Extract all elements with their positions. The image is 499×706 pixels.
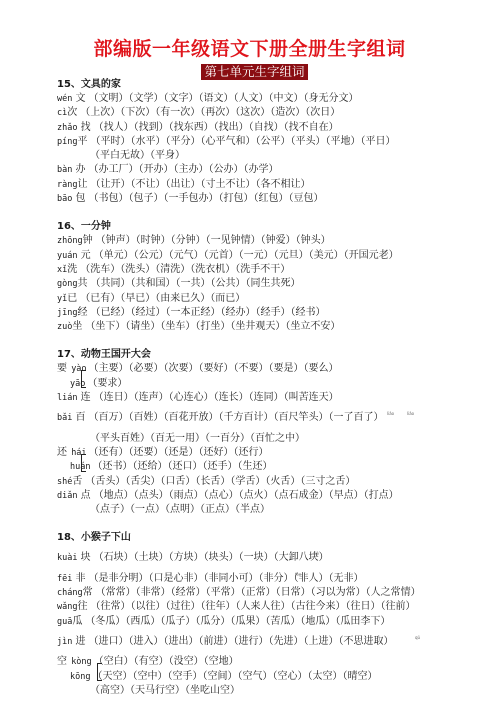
word-row: yǐ已（已有）（早已）（由来已久）（而已）	[57, 292, 497, 306]
word-list: （文明）（文学）（文字）（语文）（人文）（中文）（身无分文）	[89, 93, 359, 104]
ruby-annotation: xiè	[313, 547, 319, 561]
ruby-annotation: liǎo	[407, 407, 414, 421]
word-list: （地点）（点头）（雨点）（点心）（点火）（点石成金）（早点）（打点）	[94, 490, 399, 501]
word-list: （平白无故）（平身）	[90, 150, 185, 161]
word-row: bǎi 百（百万）（百姓）（百花开放）（千方百计）（百尺竿头）（一了百了） li…	[57, 411, 497, 425]
pinyin: bāo	[57, 194, 72, 204]
word-row: gòng共（共同）（共和国）（一共）（公共）（同生共死）	[57, 277, 497, 291]
word-row: xǐ洗（洗车）（洗头）（清洗）（洗衣机）（洗手不干）	[57, 263, 497, 277]
character: 找	[81, 122, 91, 133]
word-list: （点子）（一点）（点明）（正点）（半点）	[90, 504, 270, 515]
word-row: bàn 办（办工厂）（开办）（主办）（公办）（办学）	[57, 163, 497, 177]
pinyin: jìn	[57, 637, 72, 647]
word-list: （上次）（下次）（有一次）（再次）（这次）（造次）（次日）	[80, 107, 340, 118]
pinyin: kōng	[70, 672, 90, 682]
pinyin: xǐ	[57, 265, 67, 275]
character: 连	[81, 392, 91, 403]
word-list: （高空）（天马行空）（坐吃山空）	[90, 685, 240, 696]
pinyin: zhǎo	[57, 123, 77, 133]
word-row: píng平（平时）（水平）（平分）（心平气和）（公平）（平头）（平地）（平日）	[57, 135, 497, 149]
pinyin: cì	[57, 108, 67, 118]
word-row: zhōng钟（钟声）（时钟）（分钟）（一见钟情）（钟爱）（钟头）	[57, 234, 497, 248]
pinyin: cháng	[57, 588, 83, 598]
word-list: （往常）（以往）（过往）（往年）（人来人往）（古往今来）（往日）（往前）	[90, 601, 415, 612]
character: 百	[76, 412, 86, 423]
section-heading: 17、动物王国开大会	[57, 348, 497, 362]
character: 共	[77, 278, 87, 289]
word-row: diǎn 点（地点）（点头）（雨点）（点心）（点火）（点石成金）（早点）（打点）	[57, 489, 497, 503]
word-row-polyphone-alt: huán（还书）（还给）（还口）（还手）（生还）	[57, 460, 497, 474]
character: 文	[76, 93, 86, 104]
vocab-content: 15、文具的家 wén 文（文明）（文学）（文字）（语文）（人文）（中文）（身无…	[57, 78, 497, 698]
word-list: （天空）（空中）（空手）（空间）（空气）（空心）（太空）（晴空）	[92, 671, 377, 682]
ruby-annotation: qǔ	[415, 631, 420, 645]
word-row: jìn 进（进口）（进入）（进出）（前进）（进行）（先进）（上进）（不思进取） …	[57, 635, 497, 649]
section-heading: 15、文具的家	[57, 78, 497, 92]
word-row: bāo 包（书包）（包子）（一手包办）（打包）（红包）（豆包）	[57, 192, 497, 206]
pinyin: píng	[57, 137, 77, 147]
ruby-annotation: liǎo	[387, 407, 394, 421]
pinyin: wǎng	[57, 602, 77, 612]
word-row: ràng让（让开）（不让）（出让）（寸土不让）（各不相让）	[57, 178, 497, 192]
pinyin: kòng	[71, 657, 91, 667]
word-row-polyphone-alt: kōng（天空）（空中）（空手）（空间）（空气）（空心）（太空）（晴空）	[57, 670, 497, 684]
word-row-continued: （平头百姓）（百无一用）（一百分）（百忙之中）	[57, 432, 497, 446]
word-list: （办工厂）（开办）（主办）（公办）（办学）	[89, 164, 279, 175]
word-list: （连日）（连声）（心连心）（连长）（连同）（叫苦连天）	[94, 392, 339, 403]
word-list: （还书）（还给）（还口）（还手）（生还）	[92, 461, 272, 472]
word-list: （坐下）（请坐）（坐车）（打坐）（坐井观天）（坐立不安）	[85, 321, 340, 332]
pinyin: zhōng	[57, 236, 83, 246]
word-row-continued: （点子）（一点）（点明）（正点）（半点）	[57, 503, 497, 517]
word-row: yuán 元（单元）（公元）（元气）（元首）（一元）（元旦）（美元）（开国元老）	[57, 249, 497, 263]
pinyin: fēi	[57, 574, 72, 584]
pinyin: zuò	[57, 322, 72, 332]
character: 坐	[72, 321, 82, 332]
character: 常	[83, 587, 93, 598]
character: 元	[81, 250, 91, 261]
page-title: 部编版一年级语文下册全册生字组词	[0, 38, 499, 60]
character: 钟	[83, 235, 93, 246]
character: 非	[76, 573, 86, 584]
word-row: kuài 块（石块）（土块）（方块）（块头）（一块）（大卸八块） xiè	[57, 551, 497, 565]
word-row: zuò坐（坐下）（请坐）（坐车）（打坐）（坐井观天）（坐立不安）	[57, 320, 497, 334]
word-row: cì次（上次）（下次）（有一次）（再次）（这次）（造次）（次日）	[57, 106, 497, 120]
word-list: （主要）（必要）（次要）（要好）（不要）（要是）（要么）	[89, 363, 339, 374]
word-list: （已有）（早已）（由来已久）（而已）	[80, 293, 245, 304]
section-heading: 18、小猴子下山	[57, 531, 497, 545]
word-list: （是非分明）（口是心非）（非同小可）（非分）（非人）（无非）	[89, 573, 364, 584]
word-row: lián 连（连日）（连声）（心连心）（连长）（连同）（叫苦连天）	[57, 391, 497, 405]
pinyin: yāo	[70, 379, 85, 389]
word-list: （平时）（水平）（平分）（心平气和）（公平）（平头）（平地）（平日）	[90, 136, 395, 147]
pinyin: bǎi	[57, 413, 72, 423]
pinyin: yuán	[57, 251, 77, 261]
pinyin: ràng	[57, 180, 77, 190]
word-list: （进口）（进入）（进出）（前进）（进行）（先进）（上进）（不思进取）	[89, 636, 394, 647]
character: 空	[57, 656, 67, 667]
word-row-polyphone: 要 yào（主要）（必要）（次要）（要好）（不要）（要是）（要么）	[57, 362, 497, 376]
word-row: guā瓜（冬瓜）（西瓜）（瓜子）（瓜分）（瓜果）（苦瓜）（地瓜）（瓜田李下）	[57, 615, 497, 629]
word-list: （洗车）（洗头）（清洗）（洗衣机）（洗手不干）	[80, 264, 290, 275]
character: 包	[76, 193, 86, 204]
word-list: （还有）（还要）（还是）（还好）（还行）	[89, 447, 269, 458]
ruby-annotation: fèn	[295, 568, 301, 582]
character: 舌	[72, 476, 82, 487]
word-list: （舌头）（舌尖）（口舌）（长舌）（学舌）（火舌）（三寸之舌）	[85, 476, 355, 487]
word-row: fēi 非（是非分明）（口是心非）（非同小可）（非分）（非人）（无非） fèn	[57, 572, 497, 586]
character: 办	[76, 164, 86, 175]
word-row-polyphone-alt: yāo（要求）	[57, 377, 497, 391]
pinyin: gòng	[57, 279, 77, 289]
word-list: （共同）（共和国）（一共）（公共）（同生共死）	[90, 278, 300, 289]
pinyin: guā	[57, 617, 72, 627]
pinyin: lián	[57, 393, 77, 403]
word-row-continued: （平白无故）（平身）	[57, 149, 497, 163]
character: 让	[77, 179, 87, 190]
word-list: （空白）（有空）（没空）（空地）	[94, 656, 239, 667]
word-row: jīng经（已经）（经过）（一本正经）（经办）（经手）（经书）	[57, 306, 497, 320]
word-list: （让开）（不让）（出让）（寸土不让）（各不相让）	[90, 179, 310, 190]
word-list: （钟声）（时钟）（分钟）（一见钟情）（钟爱）（钟头）	[96, 235, 331, 246]
pinyin: bàn	[57, 165, 72, 175]
character: 块	[81, 552, 91, 563]
word-list: （石块）（土块）（方块）（块头）（一块）（大卸八块）	[94, 552, 329, 563]
character: 要	[57, 363, 67, 374]
pinyin: wén	[57, 94, 72, 104]
word-list: （找人）（找到）（找东西）（找出）（自找）（找不自在）	[94, 122, 339, 133]
character: 次	[67, 107, 77, 118]
word-list: （冬瓜）（西瓜）（瓜子）（瓜分）（瓜果）（苦瓜）（地瓜）（瓜田李下）	[85, 616, 390, 627]
character: 已	[67, 293, 77, 304]
word-row: cháng常（常常）（非常）（经常）（平常）（正常）（日常）（习以为常）（人之常…	[57, 586, 497, 600]
word-row: wén 文（文明）（文学）（文字）（语文）（人文）（中文）（身无分文）	[57, 92, 497, 106]
word-list: （书包）（包子）（一手包办）（打包）（红包）（豆包）	[89, 193, 324, 204]
character: 点	[81, 490, 91, 501]
word-row-continued: （高空）（天马行空）（坐吃山空）	[57, 684, 497, 698]
word-list: （常常）（非常）（经常）（平常）（正常）（日常）（习以为常）（人之常情）	[96, 587, 421, 598]
pinyin: kuài	[57, 553, 77, 563]
character: 进	[76, 636, 86, 647]
character: 瓜	[72, 616, 82, 627]
word-list: （单元）（公元）（元气）（元首）（一元）（元旦）（美元）（开国元老）	[94, 250, 399, 261]
word-row: wǎng往（往常）（以往）（过往）（往年）（人来人往）（古往今来）（往日）（往前…	[57, 600, 497, 614]
pinyin: jīng	[57, 308, 77, 318]
word-list: （百万）（百姓）（百花开放）（千方百计）（百尺竿头）（一了百了）	[89, 412, 384, 423]
word-row: shé舌（舌头）（舌尖）（口舌）（长舌）（学舌）（火舌）（三寸之舌）	[57, 475, 497, 489]
word-list: （平头百姓）（百无一用）（一百分）（百忙之中）	[90, 433, 305, 444]
word-list: （已经）（经过）（一本正经）（经办）（经手）（经书）	[90, 307, 325, 318]
character: 经	[77, 307, 87, 318]
section-heading: 16、一分钟	[57, 220, 497, 234]
character: 平	[77, 136, 87, 147]
word-row: zhǎo 找（找人）（找到）（找东西）（找出）（自找）（找不自在）	[57, 121, 497, 135]
pinyin: diǎn	[57, 491, 77, 501]
pinyin: shé	[57, 477, 72, 487]
character: 洗	[67, 264, 77, 275]
character: 还	[57, 447, 67, 458]
character: 往	[77, 601, 87, 612]
word-list: （要求）	[87, 378, 127, 389]
word-row-polyphone: 还 hái（还有）（还要）（还是）（还好）（还行）	[57, 446, 497, 460]
word-row-polyphone: 空 kòng（空白）（有空）（没空）（空地）	[57, 655, 497, 669]
pinyin: huán	[70, 462, 90, 472]
pinyin: yǐ	[57, 294, 67, 304]
